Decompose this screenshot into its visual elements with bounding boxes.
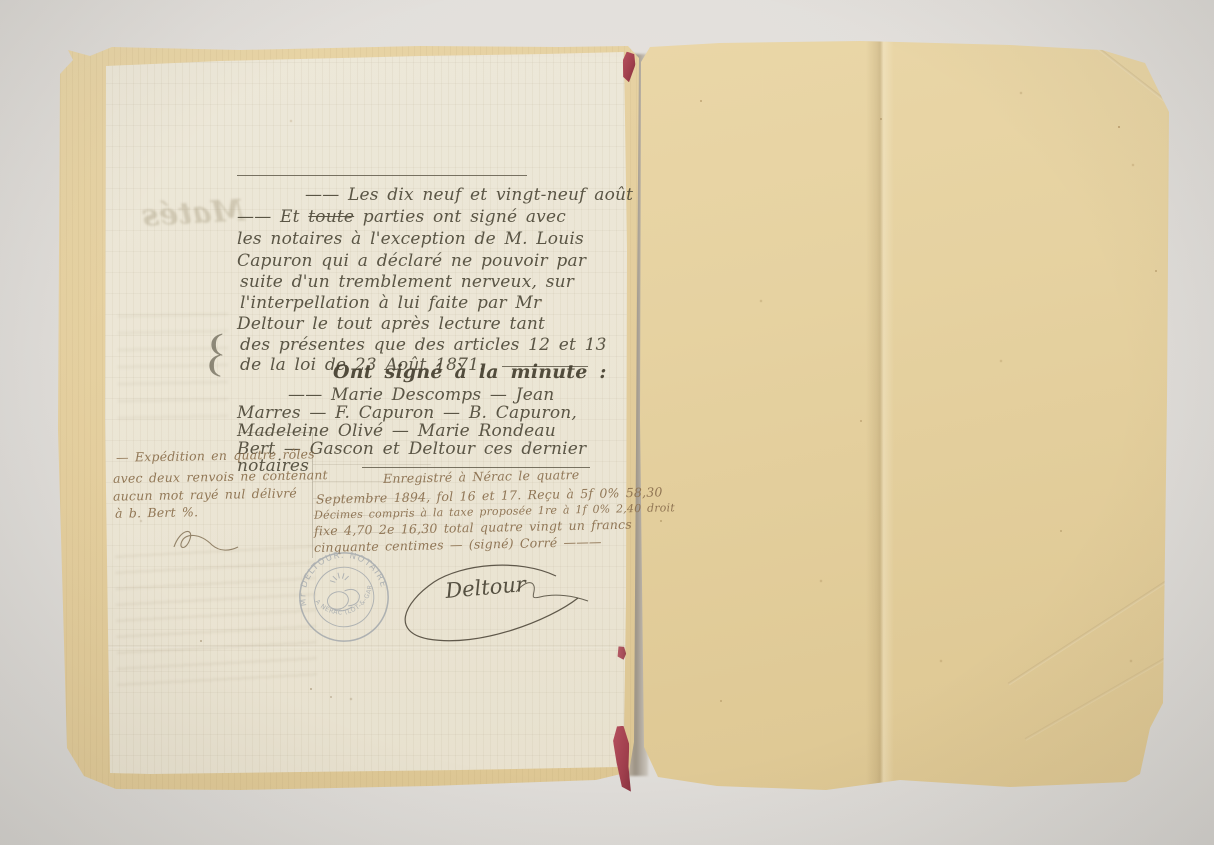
right-page-foxing-specks: [700, 100, 702, 102]
signature-name: Deltour: [443, 572, 528, 603]
signatories-line: Marres — F. Capuron — B. Capuron,: [237, 403, 577, 423]
notary-signature: Deltour: [388, 556, 593, 648]
registration-guide-line: [313, 464, 431, 465]
margin-paraph-flourish: [160, 523, 240, 559]
line2-suffix: parties ont signé avec: [354, 207, 566, 227]
handwritten-line: les notaires à l'exception de M. Louis: [237, 229, 584, 249]
margin-flourish: (: [206, 351, 224, 379]
right-page-vertical-fold-crease: [866, 40, 894, 792]
handwritten-line: Deltour le tout après lecture tant: [237, 314, 545, 334]
handwritten-line: l'interpellation à lui faite par Mr: [240, 293, 541, 313]
signature-heading: Ont signé à la minute :: [333, 361, 607, 383]
signatories-line: Madeleine Olivé — Marie Rondeau: [237, 421, 556, 441]
handwritten-line: —— Les dix neuf et vingt-neuf août: [305, 185, 633, 205]
handwritten-line: suite d'un tremblement nerveux, sur: [240, 272, 574, 292]
handwritten-line: Capuron qui a déclaré ne pouvoir par: [237, 251, 586, 271]
margin-note-line: à b. Bert %.: [115, 504, 198, 520]
photo-of-notarial-document: { "colors": { "background_gray": "#e1ded…: [0, 0, 1214, 845]
handwritten-line: —— Et toute parties ont signé avec: [237, 207, 566, 227]
handwritten-line: des présentes que des articles 12 et 13: [240, 335, 607, 355]
line2-prefix: —— Et: [237, 207, 308, 227]
margin-note-line: aucun mot rayé nul délivré: [113, 485, 297, 503]
signatories-line: —— Marie Descomps — Jean: [288, 385, 554, 405]
ink-rule-top: [237, 175, 527, 176]
show-through-ghost-text: Matés: [141, 193, 245, 233]
struck-out-word: toute: [308, 207, 354, 227]
